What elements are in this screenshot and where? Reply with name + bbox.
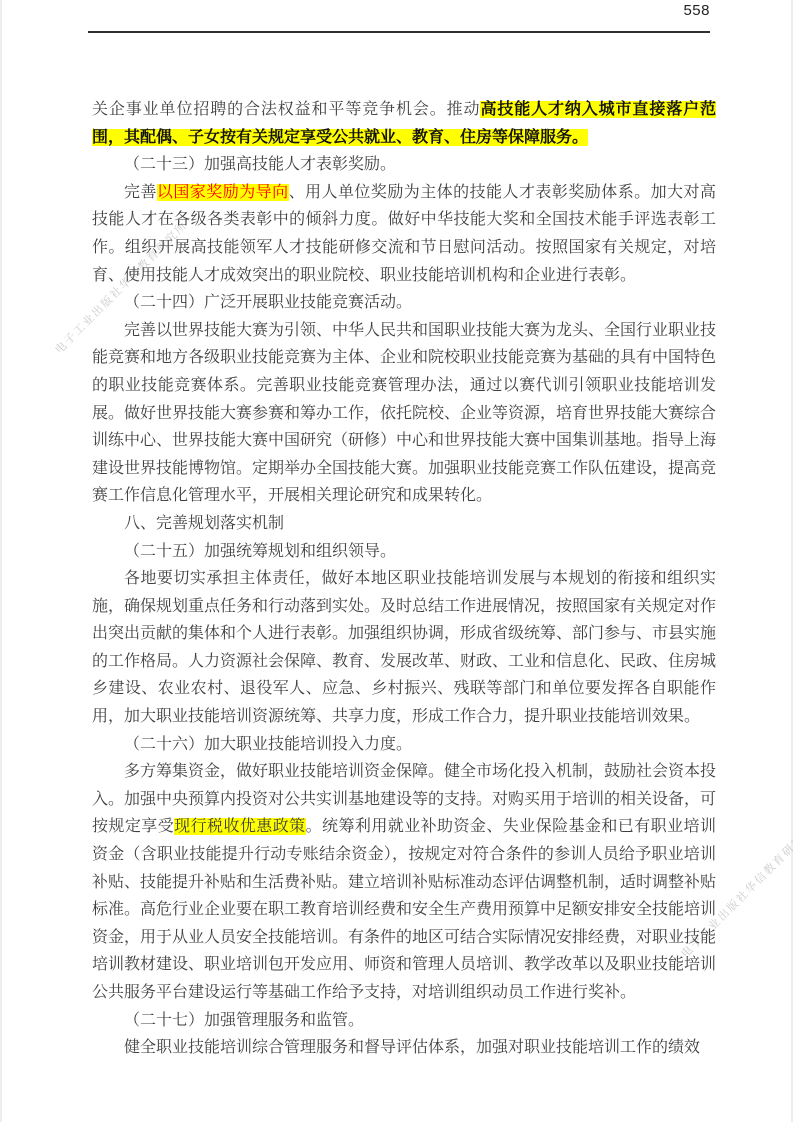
paragraph: 关企事业单位招聘的合法权益和平等竞争机会。推动高技能人才纳入城市直接落户范围，其… — [92, 96, 716, 151]
paragraph: 完善以世界技能大赛为引领、中华人民共和国职业技能大赛为龙头、全国行业职业技能竞赛… — [92, 317, 716, 510]
text-run: （二十五）加强统筹规划和组织领导。 — [124, 543, 396, 560]
highlighted-text: 现行税收优惠政策 — [174, 818, 305, 835]
text-run: （二十七）加强管理服务和监管。 — [124, 1012, 364, 1029]
text-run: 健全职业技能培训综合管理服务和督导评估体系，加强对职业技能培训工作的绩效 — [124, 1039, 700, 1056]
paragraph: 健全职业技能培训综合管理服务和督导评估体系，加强对职业技能培训工作的绩效 — [92, 1034, 716, 1062]
text-run: 。统筹利用就业补助资金、失业保险基金和已有职业培训资金（含职业技能提升行动专账结… — [92, 818, 716, 1001]
text-run: 八、完善规划落实机制 — [124, 515, 284, 532]
paragraph: （二十七）加强管理服务和监管。 — [92, 1007, 716, 1035]
text-run: 完善 — [124, 184, 157, 201]
paragraph: （二十三）加强高技能人才表彰奖励。 — [92, 151, 716, 179]
text-run: 关企事业单位招聘的合法权益和平等竞争机会。推动 — [92, 101, 480, 118]
paragraph: 完善以国家奖励为导向、用人单位奖励为主体的技能人才表彰奖励体系。加大对高技能人才… — [92, 179, 716, 289]
header-rule — [88, 31, 710, 33]
text-run: 各地要切实承担主体责任，做好本地区职业技能培训发展与本规划的衔接和组织实施，确保… — [92, 570, 716, 725]
paragraph: （二十五）加强统筹规划和组织领导。 — [92, 538, 716, 566]
paragraph: 八、完善规划落实机制 — [92, 510, 716, 538]
text-run: （二十六）加大职业技能培训投入力度。 — [124, 736, 412, 753]
document-page: { "page": { "number": "558", "watermark"… — [0, 0, 793, 1122]
paragraph: （二十四）广泛开展职业技能竞赛活动。 — [92, 289, 716, 317]
paragraph: （二十六）加大职业技能培训投入力度。 — [92, 731, 716, 759]
document-body: 关企事业单位招聘的合法权益和平等竞争机会。推动高技能人才纳入城市直接落户范围，其… — [92, 96, 716, 1062]
paragraph: 多方筹集资金，做好职业技能培训资金保障。健全市场化投入机制，鼓励社会资本投入。加… — [92, 758, 716, 1006]
text-run: （二十三）加强高技能人才表彰奖励。 — [124, 156, 396, 173]
page-left-edge — [0, 0, 2, 1122]
paragraph: 各地要切实承担主体责任，做好本地区职业技能培训发展与本规划的衔接和组织实施，确保… — [92, 565, 716, 731]
text-run: 完善以世界技能大赛为引领、中华人民共和国职业技能大赛为龙头、全国行业职业技能竞赛… — [92, 322, 716, 505]
text-run: （二十四）广泛开展职业技能竞赛活动。 — [124, 294, 412, 311]
highlighted-text: 以国家奖励为导向 — [157, 184, 289, 201]
page-number: 558 — [683, 2, 710, 19]
